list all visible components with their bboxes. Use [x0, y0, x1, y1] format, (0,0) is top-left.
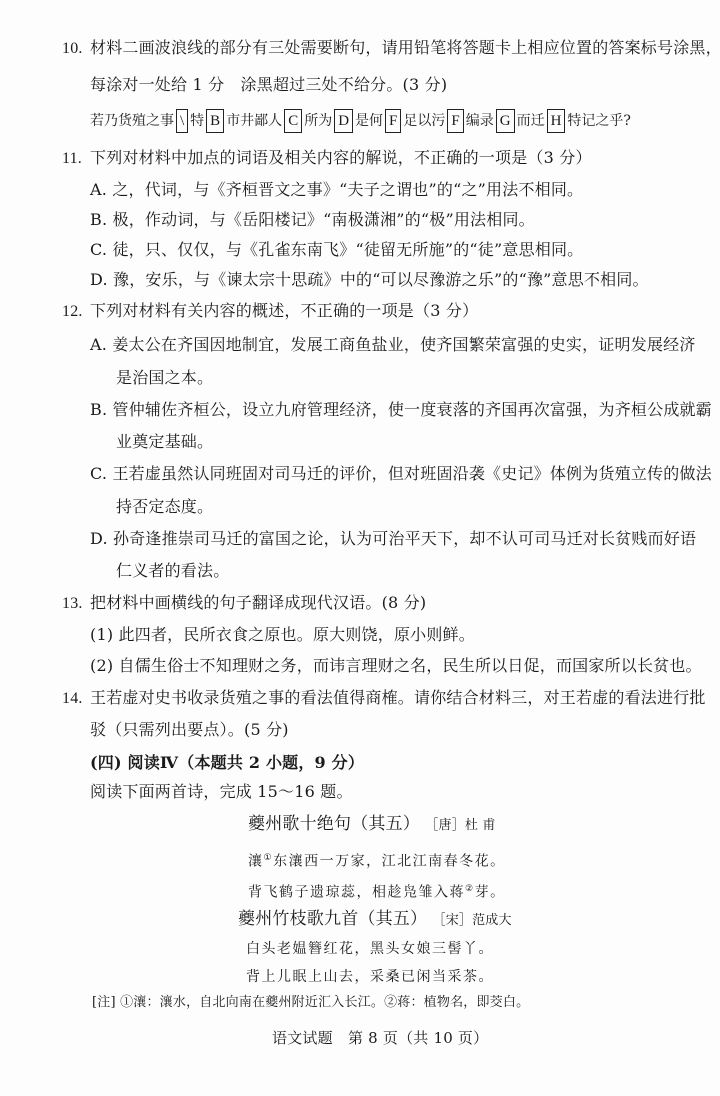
question-12-option-c-line1: C. 王若虚虽然认同班固对司马迁的评价，但对班固沿袭《史记》体例为货殖立传的做法	[90, 464, 712, 484]
question-10-line1: 10.材料二画波浪线的部分有三处需要断句，请用铅笔将答题卡上相应位置的答案标号涂…	[62, 38, 720, 59]
question-number: 11.	[62, 149, 90, 169]
poem-title: 夔州歌十绝句（其五）	[248, 814, 420, 834]
poem-author: ［宋］范成大	[433, 913, 512, 928]
question-14-line2: 驳（只需列出要点）。(5 分)	[90, 720, 289, 740]
question-number: 13.	[62, 594, 90, 614]
question-13-stem: 13.把材料中画横线的句子翻译成现代汉语。(8 分)	[62, 593, 426, 614]
question-text: 每涂对一处给 1 分 涂黑超过三处不给分。(3 分)	[90, 75, 447, 94]
question-text: 王若虚对史书收录货殖之事的看法值得商榷。请你结合材料三，对王若虚的看法进行批	[90, 688, 706, 707]
answer-box[interactable]: G	[496, 109, 515, 133]
poem-text: 背飞鹤子遗琼蕊，相趁凫雏入蒋	[248, 885, 465, 901]
text-segment: 而迁	[517, 113, 545, 129]
text-segment: 特	[190, 113, 204, 129]
poem-1-line-1: 瀼①东瀼西一万家，江北江南春冬花。	[248, 848, 506, 872]
question-12-option-b-line2: 业奠定基础。	[116, 432, 213, 452]
poem-1-line-2: 背飞鹤子遗琼蕊，相趁凫雏入蒋②芽。	[248, 879, 506, 903]
poem-author: ［唐］杜 甫	[425, 818, 495, 833]
question-13-item-1: (1) 此四者，民所衣食之原也。原大则饶，原小则鲜。	[90, 625, 475, 645]
text-segment: 特记之乎?	[567, 113, 631, 129]
poem-text: 东瀼西一万家，江北江南春冬花。	[273, 854, 506, 870]
section-intro: 阅读下面两首诗，完成 15～16 题。	[90, 782, 353, 802]
text-segment: 足以污	[403, 113, 445, 129]
question-number: 14.	[62, 689, 90, 709]
poem-2-line-1: 白头老媪簪红花，黑头女娘三髻丫。	[246, 939, 494, 959]
question-10-line2: 每涂对一处给 1 分 涂黑超过三处不给分。(3 分)	[90, 75, 447, 95]
question-11-option-c: C. 徒，只、仅仅，与《孔雀东南飞》“徒留无所施”的“徒”意思相同。	[90, 240, 583, 260]
text-segment: 编录	[466, 113, 494, 129]
question-12-option-d-line1: D. 孙奇逢推崇司马迁的富国之论，认为可治平天下，却不认可司马迁对长贫贱而好语	[90, 529, 696, 549]
text-segment: 所为	[304, 113, 332, 129]
section-heading: (四) 阅读Ⅳ（本题共 2 小题，9 分）	[90, 753, 364, 773]
text-segment: 若乃货殖之事	[90, 113, 174, 129]
question-13-item-2: (2) 自儒生俗士不知理财之务，而讳言理财之名，民生所以日促，而国家所以长贫也。	[90, 656, 702, 676]
question-number: 12.	[62, 302, 90, 322]
footnote-marker: ①	[264, 853, 274, 863]
answer-box[interactable]: D	[334, 109, 353, 133]
question-12-option-a-line2: 是治国之本。	[116, 368, 213, 388]
exam-page: 10.材料二画波浪线的部分有三处需要断句，请用铅笔将答题卡上相应位置的答案标号涂…	[0, 0, 720, 1096]
question-10-punctuation-row: 若乃货殖之事\特B市井鄙人C所为D是何F足以污F编录G而迁H特记之乎?	[90, 109, 631, 133]
page-footer: 语文试题 第 8 页（共 10 页）	[272, 1028, 488, 1048]
text-segment: 市井鄙人	[226, 113, 282, 129]
question-12-stem: 12.下列对材料有关内容的概述，不正确的一项是（3 分）	[62, 301, 478, 322]
poem-title: 夔州竹枝歌九首（其五）	[238, 909, 427, 929]
question-12-option-a-line1: A. 姜太公在齐国因地制宜，发展工商鱼盐业，使齐国繁荣富强的史实，证明发展经济	[90, 335, 696, 355]
question-number: 10.	[62, 39, 90, 59]
poem-2-line-2: 背上儿眠上山去，采桑已闲当采茶。	[246, 967, 494, 987]
answer-box[interactable]: B	[206, 109, 224, 133]
question-11-option-a: A. 之，代词，与《齐桓晋文之事》“夫子之谓也”的“之”用法不相同。	[90, 180, 583, 200]
question-text: 材料二画波浪线的部分有三处需要断句，请用铅笔将答题卡上相应位置的答案标号涂黑，	[90, 38, 720, 57]
answer-box[interactable]: \	[176, 109, 188, 133]
question-11-option-b: B. 极，作动词，与《岳阳楼记》“南极潇湘”的“极”用法相同。	[90, 210, 535, 230]
poem-text: 瀼	[248, 854, 264, 870]
answer-box[interactable]: C	[284, 109, 302, 133]
poem-1-heading: 夔州歌十绝句（其五） ［唐］杜 甫	[248, 814, 496, 836]
answer-box[interactable]: F	[447, 109, 463, 133]
answer-box[interactable]: F	[385, 109, 401, 133]
question-text: 下列对材料中加点的词语及相关内容的解说，不正确的一项是（3 分）	[90, 148, 592, 167]
question-12-option-d-line2: 仁义者的看法。	[116, 561, 229, 581]
question-text: 把材料中画横线的句子翻译成现代汉语。(8 分)	[90, 593, 426, 612]
question-12-option-c-line2: 持否定态度。	[116, 497, 213, 517]
poem-2-heading: 夔州竹枝歌九首（其五） ［宋］范成大	[238, 909, 512, 931]
answer-box[interactable]: H	[547, 109, 566, 133]
text-segment: 是何	[355, 113, 383, 129]
footnote: [注] ①瀼：瀼水，自北向南在夔州附近汇入长江。②蒋：植物名，即茭白。	[92, 993, 529, 1013]
question-12-option-b-line1: B. 管仲辅佐齐桓公，设立九府管理经济，使一度衰落的齐国再次富强，为齐桓公成就霸	[90, 400, 712, 420]
poem-text: 芽。	[475, 885, 506, 901]
question-text: 下列对材料有关内容的概述，不正确的一项是（3 分）	[90, 301, 478, 320]
question-11-option-d: D. 豫，安乐，与《谏太宗十思疏》中的“可以尽豫游之乐”的“豫”意思不相同。	[90, 270, 649, 290]
question-14-line1: 14.王若虚对史书收录货殖之事的看法值得商榷。请你结合材料三，对王若虚的看法进行…	[62, 688, 706, 709]
footnote-marker: ②	[465, 884, 475, 894]
question-11-stem: 11.下列对材料中加点的词语及相关内容的解说，不正确的一项是（3 分）	[62, 148, 592, 169]
